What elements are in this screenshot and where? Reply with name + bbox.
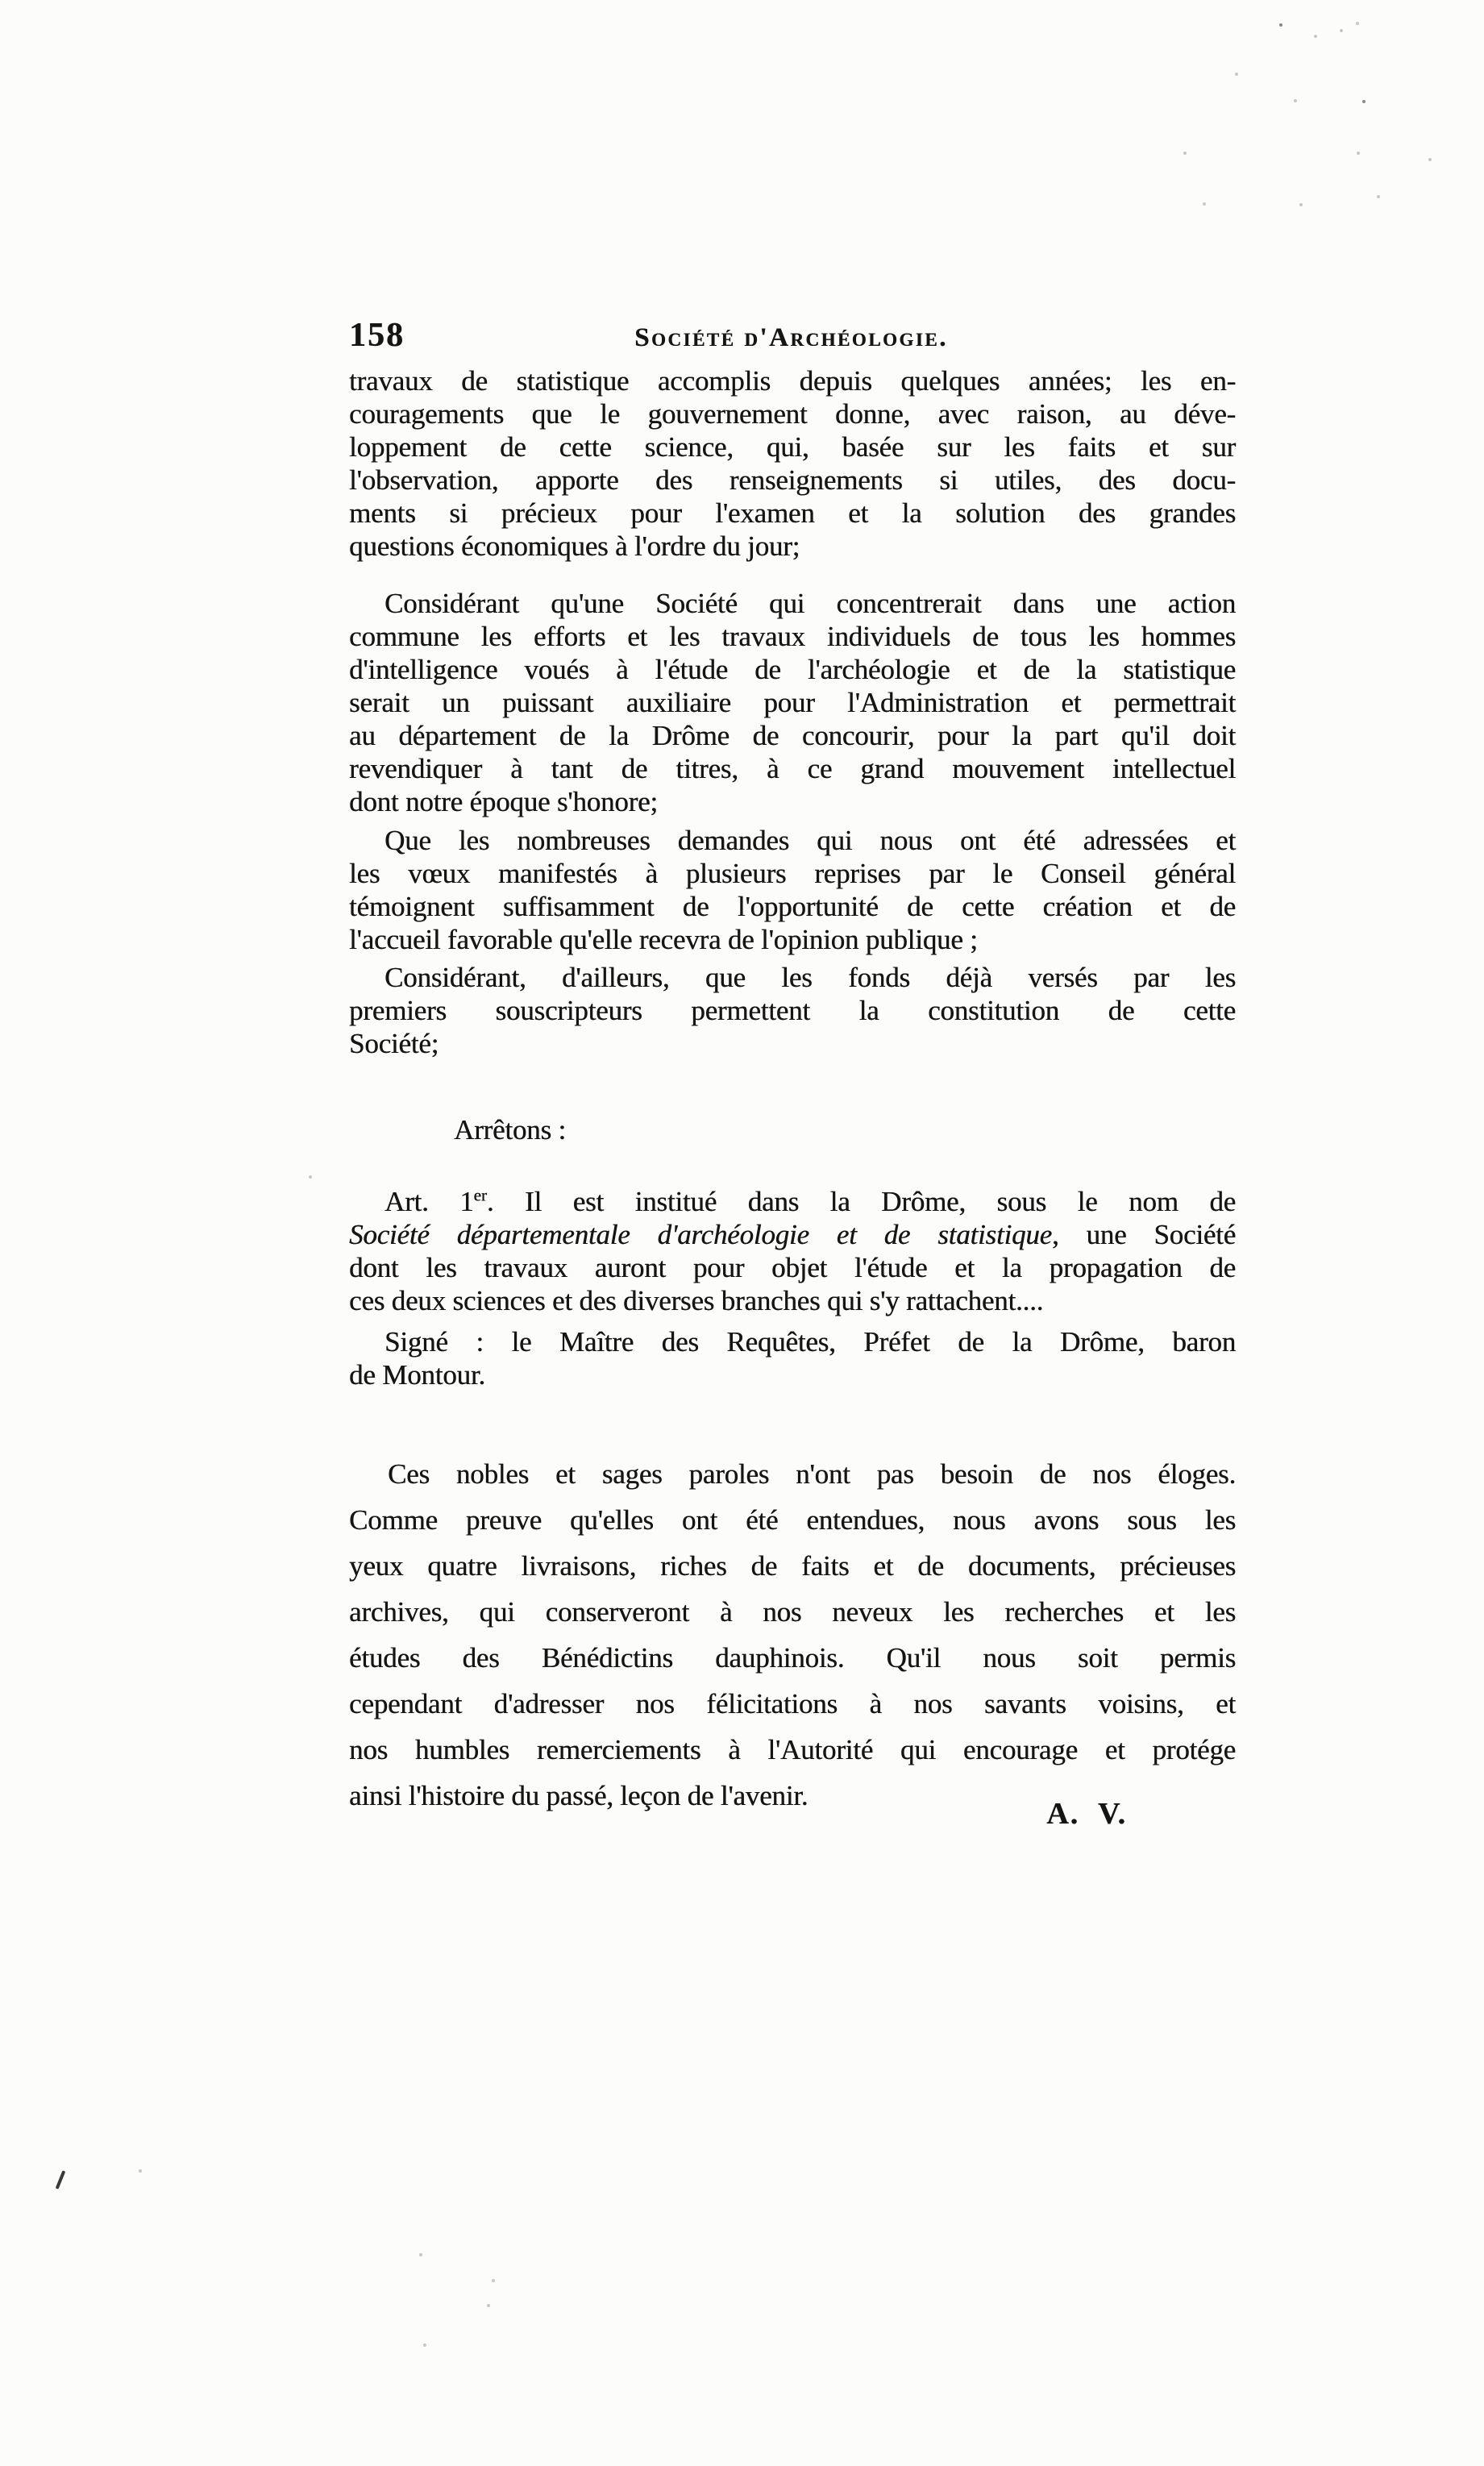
paragraph-travaux: travaux de statistique accomplis depuis … (349, 364, 1236, 563)
book-page-scan: 158 Société d'Archéologie. travaux de st… (0, 0, 1484, 2466)
running-title: Société d'Archéologie. (405, 323, 1178, 353)
text-line: l'accueil favorable qu'elle recevra de l… (349, 923, 1236, 956)
scan-speck (139, 2169, 142, 2173)
scan-speck (1357, 152, 1360, 155)
scan-speck (419, 2253, 422, 2256)
scan-speck (309, 1175, 312, 1179)
scan-speck (487, 2304, 490, 2307)
text-line: questions économiques à l'ordre du jour; (349, 530, 1236, 563)
scan-speck (423, 2343, 426, 2347)
text-line: cependant d'adresser nos félicitations à… (349, 1681, 1236, 1727)
author-initials: A. V. (1046, 1796, 1127, 1832)
text-line: Considérant qu'une Société qui concentre… (349, 587, 1236, 620)
text-line: loppement de cette science, qui, basée s… (349, 430, 1236, 464)
text-line: Signé : le Maître des Requêtes, Préfet d… (349, 1325, 1236, 1358)
text-line: Considérant, d'ailleurs, que les fonds d… (349, 961, 1236, 994)
article-text: , une Société (1052, 1219, 1236, 1250)
scan-speck (1203, 202, 1206, 206)
running-head: 158 Société d'Archéologie. (349, 316, 1236, 355)
text-line: Comme preuve qu'elles ont été entendues,… (349, 1497, 1236, 1543)
page-number: 158 (349, 316, 405, 355)
text-line: de Montour. (349, 1358, 1236, 1391)
text-line: dont les travaux auront pour objet l'étu… (349, 1251, 1236, 1284)
text-line: les vœux manifestés à plusieurs reprises… (349, 857, 1236, 890)
ordinal-superscript: er (474, 1185, 487, 1204)
scan-speck (1377, 195, 1380, 198)
text-line: d'intelligence voués à l'étude de l'arch… (349, 653, 1236, 686)
scan-speck (1183, 152, 1187, 155)
text-line: ces deux sciences et des diverses branch… (349, 1284, 1236, 1317)
text-line: Art. 1er. Il est institué dans la Drôme,… (349, 1185, 1236, 1218)
text-line: études des Bénédictins dauphinois. Qu'il… (349, 1635, 1236, 1681)
text-line: travaux de statistique accomplis depuis … (349, 364, 1236, 397)
text-line: l'observation, apporte des renseignement… (349, 464, 1236, 497)
text-line: commune les efforts et les travaux indiv… (349, 620, 1236, 653)
article-label: Art. 1 (385, 1186, 474, 1217)
arretons-heading: Arrêtons : (349, 1113, 1236, 1146)
text-line: yeux quatre livraisons, riches de faits … (349, 1543, 1236, 1589)
paragraph-considerant-2: Considérant, d'ailleurs, que les fonds d… (349, 961, 1236, 1060)
text-line: premiers souscripteurs permettent la con… (349, 994, 1236, 1027)
text-line: Que les nombreuses demandes qui nous ont… (349, 824, 1236, 857)
text-line: Ces nobles et sages paroles n'ont pas be… (349, 1451, 1236, 1497)
scan-speck (1235, 73, 1238, 76)
text-line: couragements que le gouvernement donne, … (349, 397, 1236, 430)
scan-speck (1299, 203, 1303, 206)
paragraph-closing: Ces nobles et sages paroles n'ont pas be… (349, 1451, 1236, 1819)
scan-speck (1428, 158, 1432, 161)
text-line: revendiquer à tant de titres, à ce grand… (349, 752, 1236, 785)
article-text: . Il est institué dans la Drôme, sous le… (487, 1186, 1236, 1217)
text-line: au département de la Drôme de concourir,… (349, 719, 1236, 752)
text-line: nos humbles remerciements à l'Autorité q… (349, 1727, 1236, 1773)
scan-speck (1314, 35, 1317, 38)
scan-speck (1279, 23, 1282, 27)
society-name-italic: Société départementale d'archéologie et … (349, 1219, 1052, 1250)
text-line: ments si précieux pour l'examen et la so… (349, 497, 1236, 530)
text-line: archives, qui conserveront à nos neveux … (349, 1589, 1236, 1635)
paragraph-article-1: Art. 1er. Il est institué dans la Drôme,… (349, 1185, 1236, 1317)
scan-mark (56, 2170, 66, 2189)
text-line: Société départementale d'archéologie et … (349, 1218, 1236, 1251)
paragraph-que-les-demandes: Que les nombreuses demandes qui nous ont… (349, 824, 1236, 956)
scan-speck (492, 2279, 495, 2282)
scan-speck (1356, 22, 1359, 25)
text-line: témoignent suffisamment de l'opportunité… (349, 890, 1236, 923)
text-line: Société; (349, 1027, 1236, 1060)
scan-speck (1340, 29, 1343, 32)
paragraph-signe: Signé : le Maître des Requêtes, Préfet d… (349, 1325, 1236, 1391)
text-line: dont notre époque s'honore; (349, 785, 1236, 818)
scan-speck (1294, 99, 1297, 102)
text-column: travaux de statistique accomplis depuis … (349, 364, 1236, 1819)
paragraph-arretons: Arrêtons : (349, 1113, 1236, 1146)
text-line: serait un puissant auxiliaire pour l'Adm… (349, 686, 1236, 719)
paragraph-considerant-1: Considérant qu'une Société qui concentre… (349, 587, 1236, 818)
scan-speck (1362, 100, 1366, 103)
